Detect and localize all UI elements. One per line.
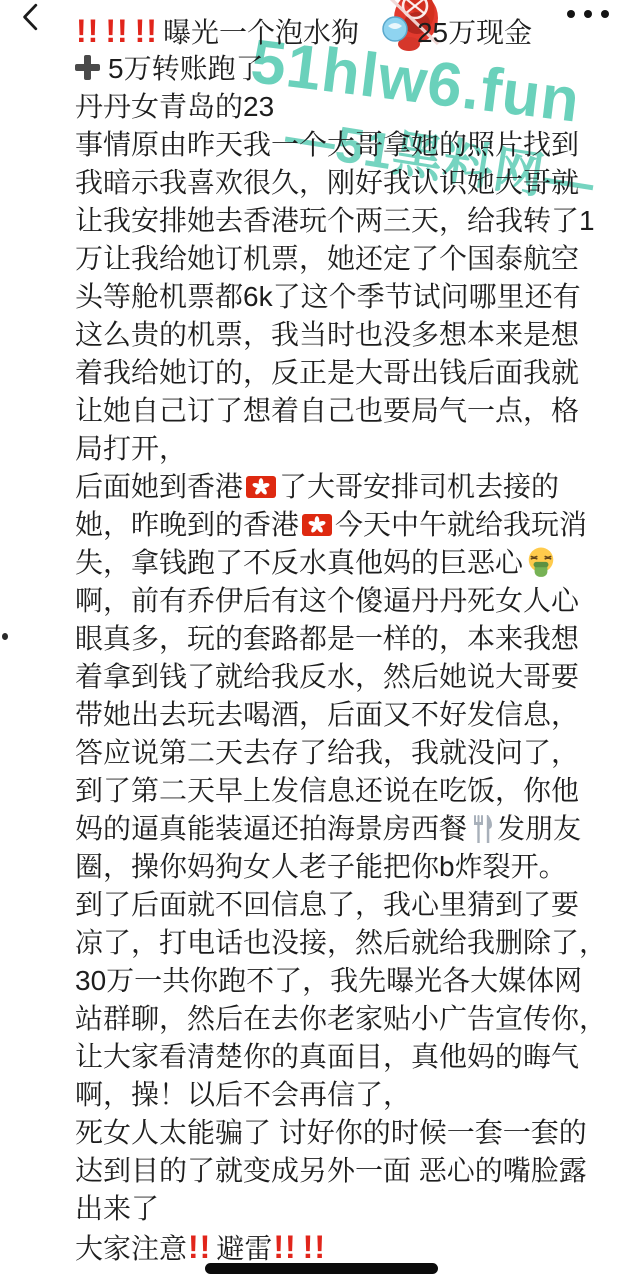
post-line: 着我给她订的，反正是大哥出钱后面我就 bbox=[75, 354, 595, 392]
post-text-segment: 30万一共你跑不了，我先曝光各大媒体网 bbox=[75, 965, 582, 996]
post-text-segment: 丹丹女青岛的23 bbox=[75, 91, 274, 122]
post-line: 站群聊，然后在去你老家贴小广告宣传你， bbox=[75, 1000, 595, 1038]
back-chevron-icon bbox=[18, 2, 44, 32]
post-text-segment: 答应说第二天去存了给我，我就没问了， bbox=[75, 737, 579, 768]
post-line: 着拿到钱了就给我反水，然后她说大哥要 bbox=[75, 658, 595, 696]
post-line: 万让我给她订机票，她还定了个国泰航空 bbox=[75, 240, 595, 278]
post-line: 30万一共你跑不了，我先曝光各大媒体网 bbox=[75, 962, 595, 1000]
double-exclamation-icon: !! bbox=[273, 1229, 296, 1265]
post-content: !!!!!!曝光一个泡水狗25万现金5万转账跑了丹丹女青岛的23事情原由昨天我一… bbox=[75, 12, 595, 1266]
post-line: !!!!!!曝光一个泡水狗25万现金 bbox=[75, 12, 595, 50]
post-text-segment: 着我给她订的，反正是大哥出钱后面我就 bbox=[75, 357, 579, 388]
post-line: 让我安排她去香港玩个两三天，给我转了1 bbox=[75, 202, 595, 240]
post-line: 达到目的了就变成另外一面 恶心的嘴脸露 bbox=[75, 1152, 595, 1190]
post-text-segment: 避雷 bbox=[216, 1233, 272, 1264]
post-text-segment: 站群聊，然后在去你老家贴小广告宣传你， bbox=[75, 1003, 607, 1034]
post-line: 后面她到香港了大哥安排司机去接的 bbox=[75, 468, 595, 506]
post-text-segment: 凉了，打电话也没接，然后就给我删除了， bbox=[75, 927, 607, 958]
post-line: 这么贵的机票，我当时也没多想本来是想 bbox=[75, 316, 595, 354]
post-text-segment: 让大家看清楚你的真面目，真他妈的晦气 bbox=[75, 1041, 579, 1072]
post-text-segment: 大家注意 bbox=[75, 1233, 187, 1264]
hong-kong-flag-icon bbox=[246, 476, 276, 498]
post-text-segment: 事情原由昨天我一个大哥拿她的照片找到 bbox=[75, 129, 579, 160]
post-line: 啊，前有乔伊后有这个傻逼丹丹死女人心 bbox=[75, 582, 595, 620]
post-line: 丹丹女青岛的23 bbox=[75, 88, 595, 126]
double-exclamation-icon: !! bbox=[135, 13, 158, 49]
post-text-segment: 达到目的了就变成另外一面 恶心的嘴脸露 bbox=[75, 1155, 587, 1186]
post-text-segment: 妈的逼真能装逼还拍海景房西餐 bbox=[75, 813, 467, 844]
post-line: 出来了 bbox=[75, 1190, 595, 1228]
post-text-segment: 我暗示我喜欢很久，刚好我认识她大哥就 bbox=[75, 167, 579, 198]
post-text-segment: 她，昨晚到的香港 bbox=[75, 509, 299, 540]
post-line: 头等舱机票都6k了这个季节试问哪里还有 bbox=[75, 278, 595, 316]
post-text-segment: 到了后面就不回信息了，我心里猜到了要 bbox=[75, 889, 579, 920]
post-text-segment: 发朋友 bbox=[497, 813, 581, 844]
back-button[interactable] bbox=[18, 2, 52, 38]
post-line: 局打开， bbox=[75, 430, 595, 468]
more-dot-icon bbox=[601, 10, 609, 18]
double-exclamation-icon: !! bbox=[105, 13, 128, 49]
vomiting-face-icon bbox=[526, 547, 556, 579]
more-dot-icon bbox=[584, 10, 592, 18]
post-text-segment: 今天中午就给我玩消 bbox=[335, 509, 587, 540]
post-line: 死女人太能骗了 讨好你的时候一套一套的 bbox=[75, 1114, 595, 1152]
post-text-segment: 局打开， bbox=[75, 433, 187, 464]
double-exclamation-icon: !! bbox=[76, 13, 99, 49]
more-options-button[interactable] bbox=[563, 6, 613, 22]
post-text-segment: 出来了 bbox=[75, 1193, 159, 1224]
more-dot-icon bbox=[567, 10, 575, 18]
hong-kong-flag-icon bbox=[302, 514, 332, 536]
post-text-segment: 了大哥安排司机去接的 bbox=[279, 471, 559, 502]
double-exclamation-icon: !! bbox=[188, 1229, 211, 1265]
post-text-segment: 让她自己订了想着自己也要局气一点，格 bbox=[75, 395, 579, 426]
post-line: 失，拿钱跑了不反水真他妈的巨恶心 bbox=[75, 544, 595, 582]
fork-and-knife-icon bbox=[470, 814, 494, 844]
post-text-segment: 圈，操你妈狗女人老子能把你b炸裂开。 bbox=[75, 851, 567, 882]
post-line: 到了后面就不回信息了，我心里猜到了要 bbox=[75, 886, 595, 924]
redacted-black-bar bbox=[205, 1263, 438, 1274]
post-text-segment: 曝光一个泡水狗 bbox=[163, 17, 359, 48]
stray-dot-mark bbox=[2, 633, 8, 640]
post-text-segment: 25万现金 bbox=[417, 17, 532, 48]
post-line: 她，昨晚到的香港今天中午就给我玩消 bbox=[75, 506, 595, 544]
post-text-segment: 带她出去玩去喝酒，后面又不好发信息， bbox=[75, 699, 579, 730]
post-text-segment: 这么贵的机票，我当时也没多想本来是想 bbox=[75, 319, 579, 350]
post-line: 带她出去玩去喝酒，后面又不好发信息， bbox=[75, 696, 595, 734]
post-text-segment: 万让我给她订机票，她还定了个国泰航空 bbox=[75, 243, 579, 274]
post-line: 让大家看清楚你的真面目，真他妈的晦气 bbox=[75, 1038, 595, 1076]
post-line: 啊，操！以后不会再信了， bbox=[75, 1076, 595, 1114]
post-line: 凉了，打电话也没接，然后就给我删除了， bbox=[75, 924, 595, 962]
post-text-segment: 啊，操！以后不会再信了， bbox=[75, 1079, 411, 1110]
post-line: 圈，操你妈狗女人老子能把你b炸裂开。 bbox=[75, 848, 595, 886]
post-line: 答应说第二天去存了给我，我就没问了， bbox=[75, 734, 595, 772]
post-text-segment: 失，拿钱跑了不反水真他妈的巨恶心 bbox=[75, 547, 523, 578]
post-text-segment: 后面她到香港 bbox=[75, 471, 243, 502]
post-line: 我暗示我喜欢很久，刚好我认识她大哥就 bbox=[75, 164, 595, 202]
post-text-segment: 死女人太能骗了 讨好你的时候一套一套的 bbox=[75, 1117, 587, 1148]
post-text-segment: 头等舱机票都6k了这个季节试问哪里还有 bbox=[75, 281, 581, 312]
post-page: 51hlw6.fun —51黑料网— !!!!!!曝光一个泡水狗25万现金5万转… bbox=[0, 0, 641, 1280]
post-text-segment: 到了第二天早上发信息还说在吃饭，你他 bbox=[75, 775, 579, 806]
post-line: 大家注意!!避雷!!!! bbox=[75, 1228, 595, 1266]
post-line: 妈的逼真能装逼还拍海景房西餐发朋友 bbox=[75, 810, 595, 848]
post-text-segment: 眼真多，玩的套路都是一样的，本来我想 bbox=[75, 623, 579, 654]
post-text-segment: 让我安排她去香港玩个两三天，给我转了1 bbox=[75, 205, 595, 236]
post-line: 5万转账跑了 bbox=[75, 50, 595, 88]
post-text-segment: 啊，前有乔伊后有这个傻逼丹丹死女人心 bbox=[75, 585, 579, 616]
post-text-segment: 5万转账跑了 bbox=[108, 53, 264, 84]
post-line: 让她自己订了想着自己也要局气一点，格 bbox=[75, 392, 595, 430]
post-line: 事情原由昨天我一个大哥拿她的照片找到 bbox=[75, 126, 595, 164]
double-exclamation-icon: !! bbox=[303, 1229, 326, 1265]
post-line: 眼真多，玩的套路都是一样的，本来我想 bbox=[75, 620, 595, 658]
heavy-plus-icon bbox=[75, 55, 100, 80]
post-line: 到了第二天早上发信息还说在吃饭，你他 bbox=[75, 772, 595, 810]
post-text-segment: 着拿到钱了就给我反水，然后她说大哥要 bbox=[75, 661, 579, 692]
